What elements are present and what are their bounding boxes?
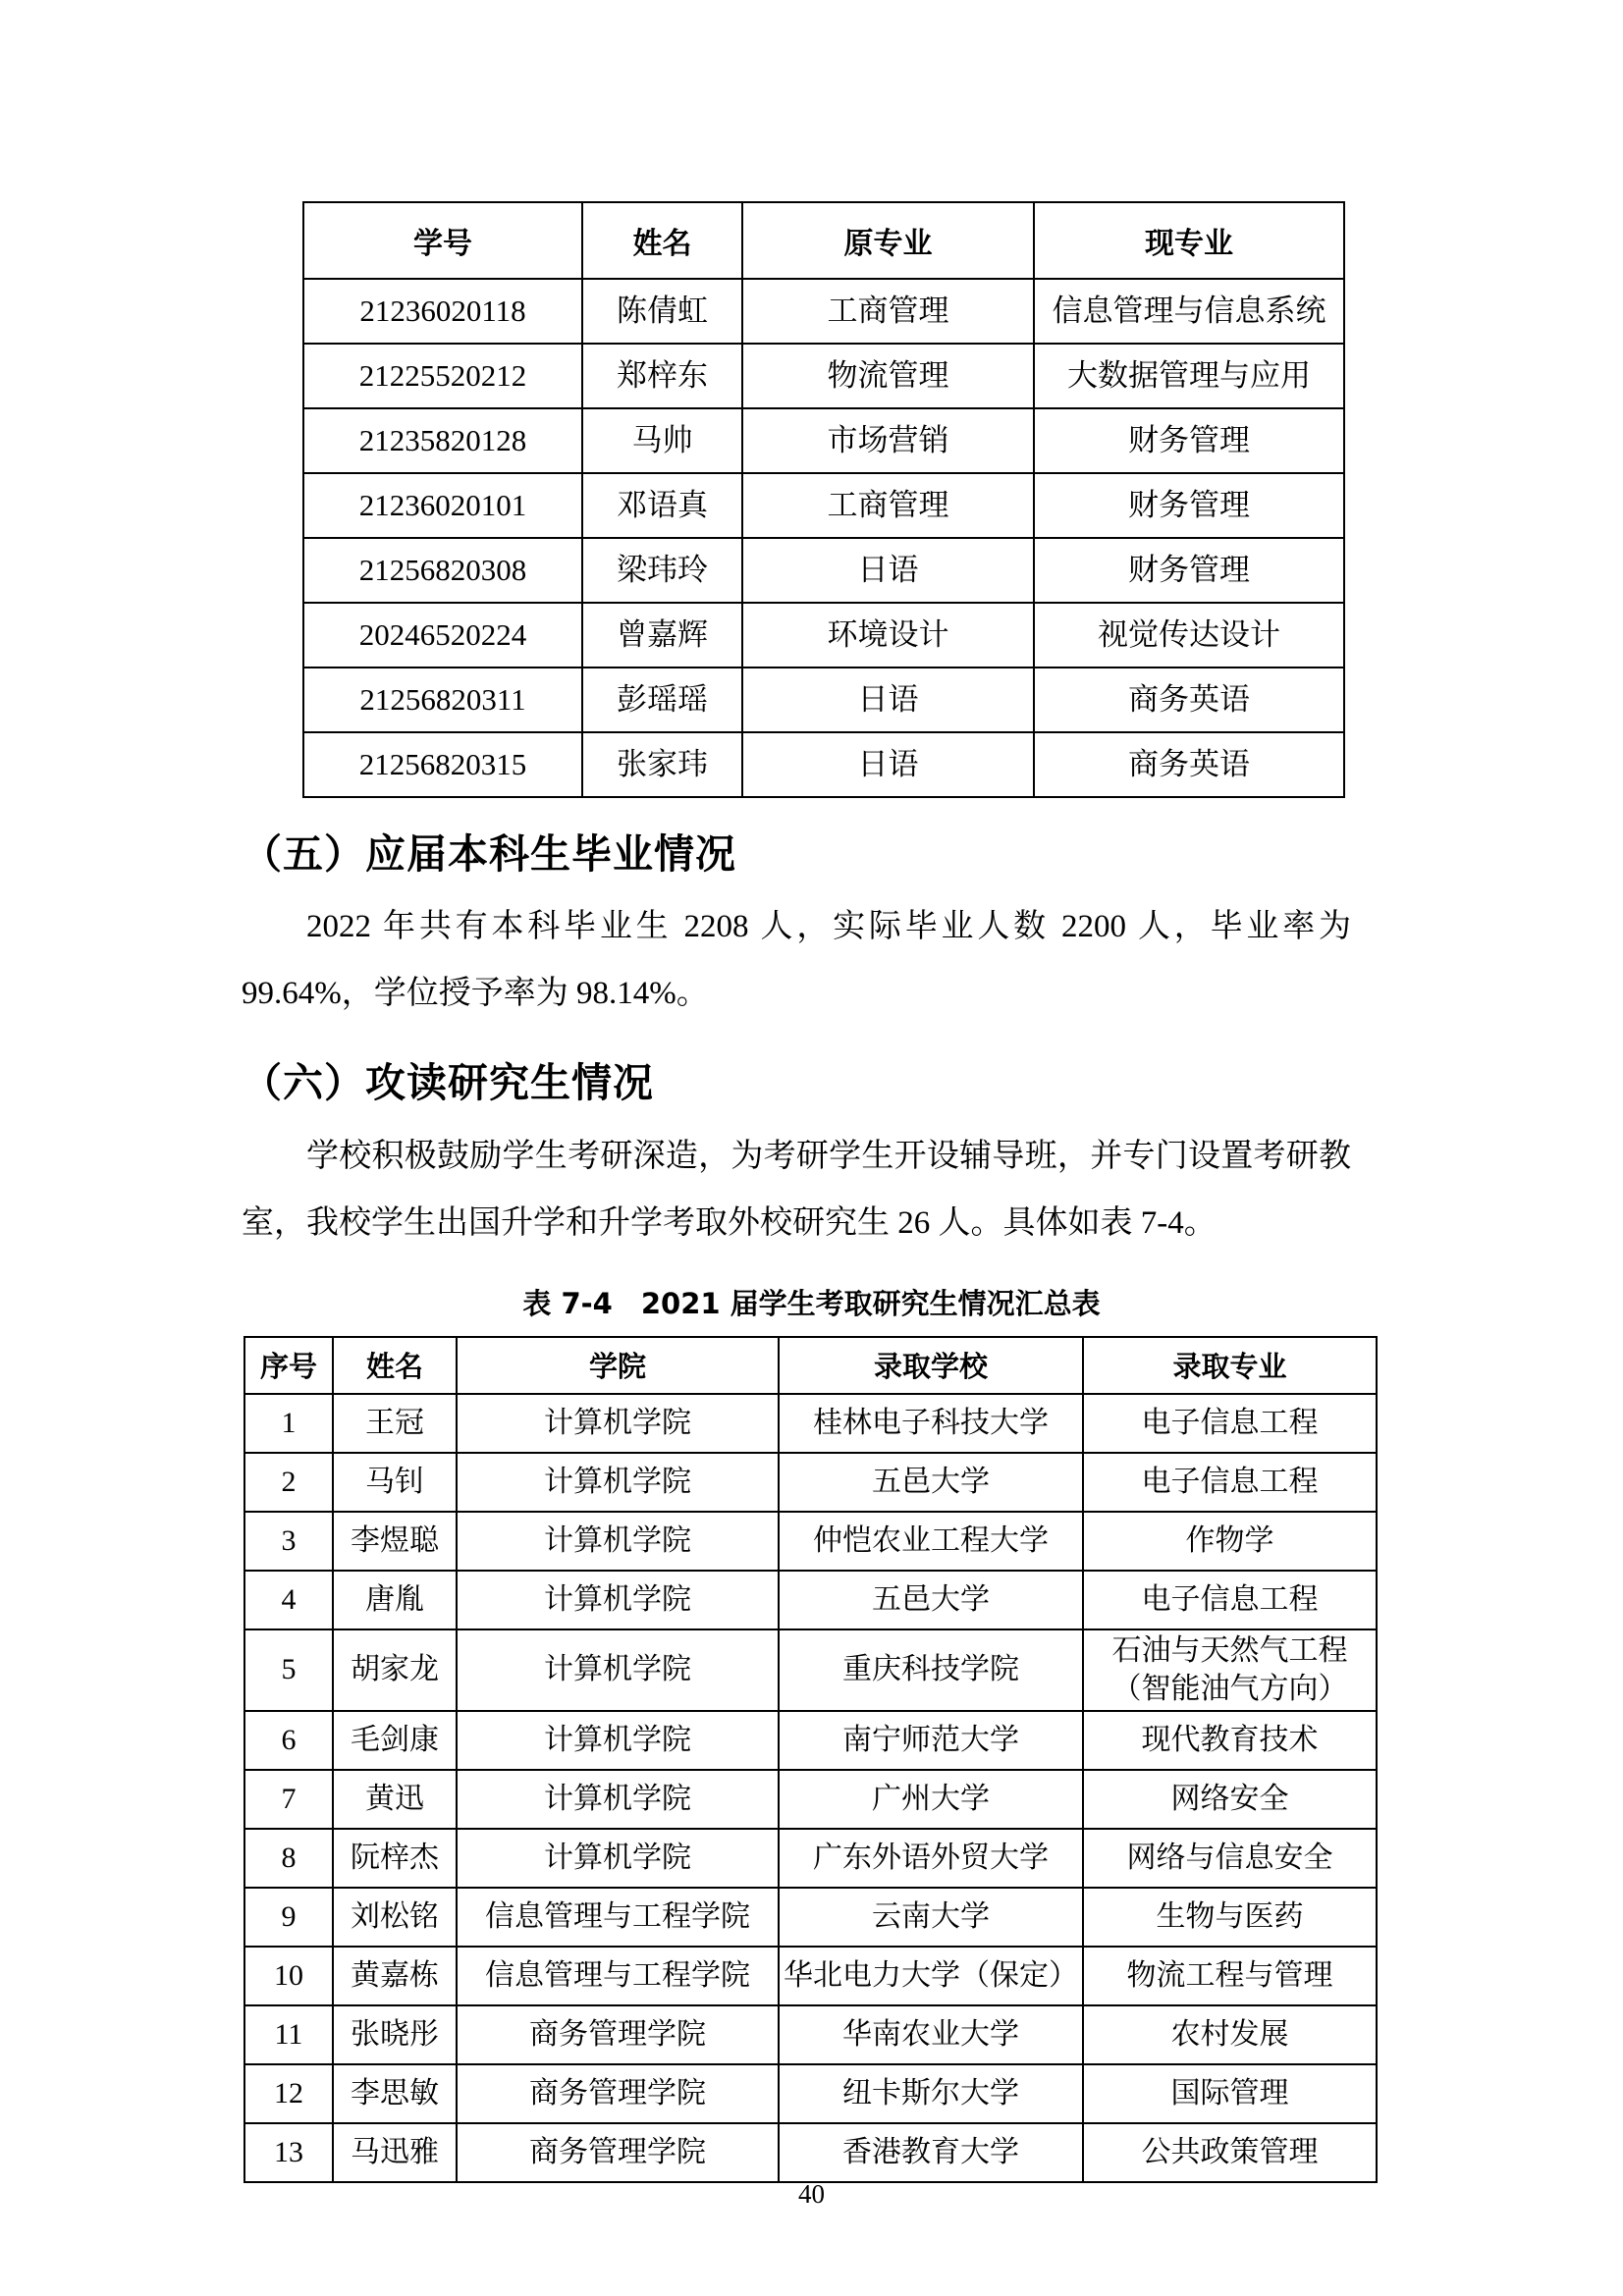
table-cell: 7: [244, 1770, 333, 1829]
table-cell: 五邑大学: [779, 1453, 1083, 1512]
table-cell: 21256820315: [303, 732, 582, 797]
table-cell: 马迅雅: [333, 2123, 457, 2182]
section-5-paragraph: 2022 年共有本科毕业生 2208 人，实际毕业人数 2200 人，毕业率为 …: [242, 893, 1351, 1027]
table-cell: 胡家龙: [333, 1629, 457, 1711]
table-cell: 生物与医药: [1083, 1888, 1377, 1947]
table-cell: 9: [244, 1888, 333, 1947]
table-cell: 8: [244, 1829, 333, 1888]
table-cell: 环境设计: [742, 603, 1034, 667]
table-cell: 6: [244, 1711, 333, 1770]
table-cell: 1: [244, 1394, 333, 1453]
table-cell: 11: [244, 2005, 333, 2064]
table-cell: 物流管理: [742, 344, 1034, 408]
table-cell: 刘松铭: [333, 1888, 457, 1947]
table-cell: 石油与天然气工程（智能油气方向）: [1083, 1629, 1377, 1711]
column-header: 原专业: [742, 202, 1034, 279]
table-cell: 商务管理学院: [457, 2064, 779, 2123]
table-cell: 计算机学院: [457, 1770, 779, 1829]
column-header: 学号: [303, 202, 582, 279]
table-cell: 唐胤: [333, 1571, 457, 1629]
table-cell: 李思敏: [333, 2064, 457, 2123]
table-cell: 五邑大学: [779, 1571, 1083, 1629]
table-cell: 12: [244, 2064, 333, 2123]
table-cell: 李煜聪: [333, 1512, 457, 1571]
table-cell: 日语: [742, 538, 1034, 603]
table-cell: 财务管理: [1034, 538, 1344, 603]
table-cell: 梁玮玲: [582, 538, 742, 603]
table-cell: 作物学: [1083, 1512, 1377, 1571]
table-cell: 20246520224: [303, 603, 582, 667]
table-row: 6毛剑康计算机学院南宁师范大学现代教育技术: [244, 1711, 1377, 1770]
table-cell: 财务管理: [1034, 473, 1344, 538]
table-row: 7黄迅计算机学院广州大学网络安全: [244, 1770, 1377, 1829]
table-cell: 计算机学院: [457, 1394, 779, 1453]
table-cell: 华北电力大学（保定）: [779, 1947, 1083, 2005]
table-cell: 农村发展: [1083, 2005, 1377, 2064]
column-header: 姓名: [582, 202, 742, 279]
table-7-4-caption: 表 7-4 2021 届学生考取研究生情况汇总表: [0, 1282, 1623, 1322]
table-cell: 香港教育大学: [779, 2123, 1083, 2182]
table-cell: 电子信息工程: [1083, 1571, 1377, 1629]
table-cell: 公共政策管理: [1083, 2123, 1377, 2182]
table-cell: 张晓彤: [333, 2005, 457, 2064]
table-cell: 2: [244, 1453, 333, 1512]
section-6-paragraph: 学校积极鼓励学生考研深造，为考研学生开设辅导班，并专门设置考研教室，我校学生出国…: [242, 1123, 1351, 1256]
table-cell: 商务管理学院: [457, 2123, 779, 2182]
table-cell: 4: [244, 1571, 333, 1629]
table-cell: 10: [244, 1947, 333, 2005]
transfer-students-table: 学号姓名原专业现专业21236020118陈倩虹工商管理信息管理与信息系统212…: [302, 201, 1345, 798]
table-cell: 仲恺农业工程大学: [779, 1512, 1083, 1571]
table-cell: 云南大学: [779, 1888, 1083, 1947]
table-cell: 3: [244, 1512, 333, 1571]
table-row: 21236020101邓语真工商管理财务管理: [303, 473, 1344, 538]
table-cell: 纽卡斯尔大学: [779, 2064, 1083, 2123]
table-cell: 王冠: [333, 1394, 457, 1453]
table-row: 21236020118陈倩虹工商管理信息管理与信息系统: [303, 279, 1344, 344]
table-row: 4唐胤计算机学院五邑大学电子信息工程: [244, 1571, 1377, 1629]
table-cell: 黄迅: [333, 1770, 457, 1829]
table-cell: 南宁师范大学: [779, 1711, 1083, 1770]
table-cell: 现代教育技术: [1083, 1711, 1377, 1770]
document-page: 学号姓名原专业现专业21236020118陈倩虹工商管理信息管理与信息系统212…: [0, 0, 1623, 2296]
graduate-admissions-table: 序号姓名学院录取学校录取专业1王冠计算机学院桂林电子科技大学电子信息工程2马钊计…: [243, 1336, 1378, 2183]
table-cell: 张家玮: [582, 732, 742, 797]
table-row: 2马钊计算机学院五邑大学电子信息工程: [244, 1453, 1377, 1512]
table-row: 11张晓彤商务管理学院华南农业大学农村发展: [244, 2005, 1377, 2064]
table-cell: 商务英语: [1034, 732, 1344, 797]
table-cell: 商务英语: [1034, 667, 1344, 732]
table-row: 3李煜聪计算机学院仲恺农业工程大学作物学: [244, 1512, 1377, 1571]
column-header: 学院: [457, 1337, 779, 1394]
table-cell: 21225520212: [303, 344, 582, 408]
table-cell: 信息管理与信息系统: [1034, 279, 1344, 344]
table-cell: 广东外语外贸大学: [779, 1829, 1083, 1888]
table-row: 21256820308梁玮玲日语财务管理: [303, 538, 1344, 603]
table-cell: 马帅: [582, 408, 742, 473]
table-cell: 21235820128: [303, 408, 582, 473]
table-cell: 陈倩虹: [582, 279, 742, 344]
table-cell: 21236020118: [303, 279, 582, 344]
table-cell: 邓语真: [582, 473, 742, 538]
table-cell: 网络与信息安全: [1083, 1829, 1377, 1888]
table-row: 10黄嘉栋信息管理与工程学院华北电力大学（保定）物流工程与管理: [244, 1947, 1377, 2005]
table-cell: 广州大学: [779, 1770, 1083, 1829]
column-header: 姓名: [333, 1337, 457, 1394]
table-cell: 黄嘉栋: [333, 1947, 457, 2005]
table-cell: 国际管理: [1083, 2064, 1377, 2123]
table-cell: 计算机学院: [457, 1711, 779, 1770]
column-header: 序号: [244, 1337, 333, 1394]
table-cell: 电子信息工程: [1083, 1394, 1377, 1453]
table-cell: 计算机学院: [457, 1512, 779, 1571]
column-header: 录取学校: [779, 1337, 1083, 1394]
table-cell: 阮梓杰: [333, 1829, 457, 1888]
table-cell: 信息管理与工程学院: [457, 1888, 779, 1947]
table-row: 21256820311彭瑶瑶日语商务英语: [303, 667, 1344, 732]
table-cell: 日语: [742, 667, 1034, 732]
table-cell: 计算机学院: [457, 1453, 779, 1512]
table-cell: 财务管理: [1034, 408, 1344, 473]
table-cell: 计算机学院: [457, 1629, 779, 1711]
table-cell: 21236020101: [303, 473, 582, 538]
table-cell: 马钊: [333, 1453, 457, 1512]
table-cell: 工商管理: [742, 279, 1034, 344]
table-row: 20246520224曾嘉辉环境设计视觉传达设计: [303, 603, 1344, 667]
table-row: 13马迅雅商务管理学院香港教育大学公共政策管理: [244, 2123, 1377, 2182]
table-cell: 视觉传达设计: [1034, 603, 1344, 667]
table-row: 21225520212郑梓东物流管理大数据管理与应用: [303, 344, 1344, 408]
table-cell: 商务管理学院: [457, 2005, 779, 2064]
table-row: 21256820315张家玮日语商务英语: [303, 732, 1344, 797]
table-cell: 网络安全: [1083, 1770, 1377, 1829]
section-6-heading: （六）攻读研究生情况: [242, 1058, 1623, 1108]
table-cell: 物流工程与管理: [1083, 1947, 1377, 2005]
column-header: 录取专业: [1083, 1337, 1377, 1394]
table-row: 9刘松铭信息管理与工程学院云南大学生物与医药: [244, 1888, 1377, 1947]
table-row: 21235820128马帅市场营销财务管理: [303, 408, 1344, 473]
table-row: 1王冠计算机学院桂林电子科技大学电子信息工程: [244, 1394, 1377, 1453]
table-cell: 21256820311: [303, 667, 582, 732]
column-header: 现专业: [1034, 202, 1344, 279]
table-row: 8阮梓杰计算机学院广东外语外贸大学网络与信息安全: [244, 1829, 1377, 1888]
table-cell: 计算机学院: [457, 1829, 779, 1888]
table-cell: 信息管理与工程学院: [457, 1947, 779, 2005]
table-row: 5胡家龙计算机学院重庆科技学院石油与天然气工程（智能油气方向）: [244, 1629, 1377, 1711]
table-cell: 电子信息工程: [1083, 1453, 1377, 1512]
table-cell: 重庆科技学院: [779, 1629, 1083, 1711]
table-cell: 5: [244, 1629, 333, 1711]
table-cell: 计算机学院: [457, 1571, 779, 1629]
table-cell: 13: [244, 2123, 333, 2182]
section-5-heading: （五）应届本科生毕业情况: [242, 829, 1623, 880]
table-cell: 市场营销: [742, 408, 1034, 473]
table-cell: 大数据管理与应用: [1034, 344, 1344, 408]
table-header-row: 学号姓名原专业现专业: [303, 202, 1344, 279]
table-cell: 华南农业大学: [779, 2005, 1083, 2064]
table-cell: 桂林电子科技大学: [779, 1394, 1083, 1453]
table-cell: 彭瑶瑶: [582, 667, 742, 732]
table-cell: 毛剑康: [333, 1711, 457, 1770]
table-cell: 曾嘉辉: [582, 603, 742, 667]
table-cell: 日语: [742, 732, 1034, 797]
table-cell: 工商管理: [742, 473, 1034, 538]
table-row: 12李思敏商务管理学院纽卡斯尔大学国际管理: [244, 2064, 1377, 2123]
table-cell: 21256820308: [303, 538, 582, 603]
page-number: 40: [0, 2179, 1623, 2210]
table-cell: 郑梓东: [582, 344, 742, 408]
table-header-row: 序号姓名学院录取学校录取专业: [244, 1337, 1377, 1394]
